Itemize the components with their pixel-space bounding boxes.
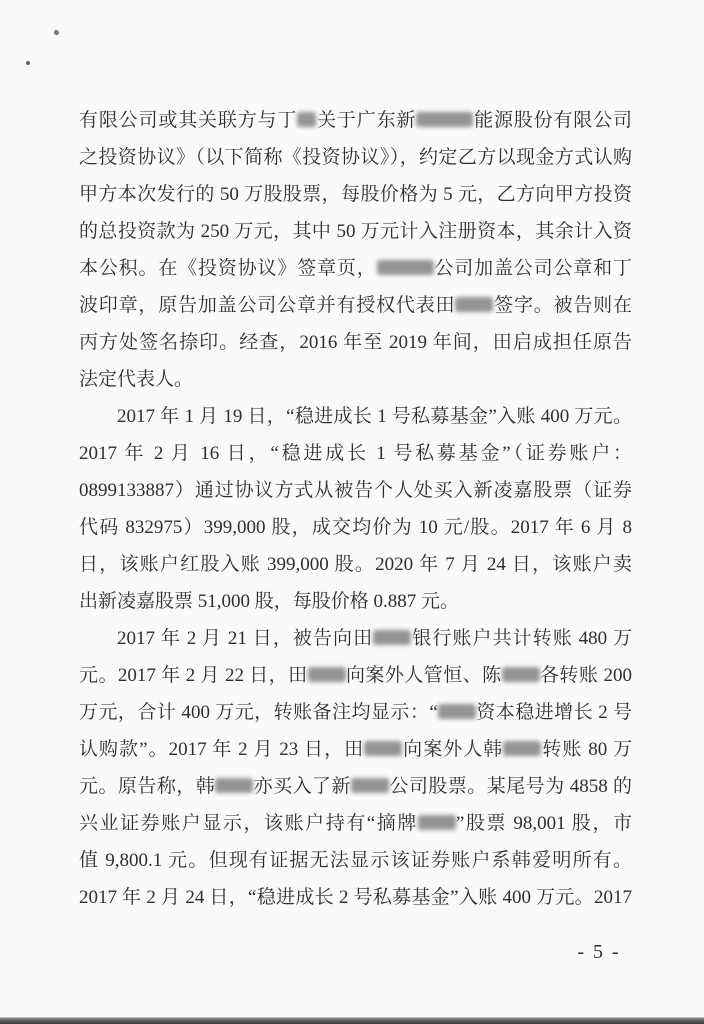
text-segment: ”股票 98,001 股，市 — [456, 813, 632, 834]
text-segment: 元。2017 年 2 月 22 日，田 — [79, 665, 308, 686]
text-segment: 法定代表人。 — [79, 369, 193, 390]
text-segment: 万元，合计 400 万元，转账备注均显示：“ — [79, 702, 438, 723]
document-line: 之投资协议》（以下简称《投资协议》），约定乙方以现金方式认购 — [79, 139, 632, 176]
paragraph-2: 2017 年 1 月 19 日，“稳进成长 1 号私募基金”入账 400 万元。… — [79, 398, 632, 620]
redaction-blur — [308, 667, 346, 682]
document-line: 元。原告称，韩亦买入了新公司股票。某尾号为 4858 的 — [79, 768, 632, 805]
redaction-blur — [351, 778, 389, 793]
paragraph-1: 有限公司或其关联方与丁关于广东新能源股份有限公司之投资协议》（以下简称《投资协议… — [79, 102, 632, 398]
text-segment: 本公积。在《投资协议》签章页， — [79, 258, 377, 279]
text-segment: 波印章，原告加盖公司公章并有授权代表田 — [79, 295, 455, 316]
text-segment: 之投资协议》（以下简称《投资协议》），约定乙方以现金方式认购 — [79, 147, 632, 168]
document-line: 万元，合计 400 万元，转账备注均显示：“资本稳进增长 2 号 — [79, 694, 632, 731]
text-segment: 资本稳进增长 2 号 — [476, 702, 632, 723]
redaction-blur — [438, 704, 476, 719]
document-line: 的总投资款为 250 万元，其中 50 万元计入注册资本，其余计入资 — [79, 213, 632, 250]
scan-edge-shadow — [0, 1017, 704, 1024]
text-segment: 银行账户共计转账 480 万 — [411, 628, 632, 649]
document-line: 2017 年 1 月 19 日，“稳进成长 1 号私募基金”入账 400 万元。 — [79, 398, 632, 435]
text-segment: 转账 80 万 — [541, 739, 632, 760]
text-segment: 能源股份有限公司 — [473, 110, 632, 131]
scanned-page: 有限公司或其关联方与丁关于广东新能源股份有限公司之投资协议》（以下简称《投资协议… — [0, 0, 704, 1024]
document-text: 有限公司或其关联方与丁关于广东新能源股份有限公司之投资协议》（以下简称《投资协议… — [79, 102, 632, 916]
document-line: 出新凌嘉股票 51,000 股，每股价格 0.887 元。 — [79, 583, 632, 620]
redaction-blur — [215, 778, 253, 793]
text-segment: 2017 年 2 月 21 日，被告向田 — [117, 628, 373, 649]
scan-speck-icon — [53, 29, 59, 35]
document-line: 丙方处签名捺印。经查，2016 年至 2019 年间，田启成担任原告 — [79, 324, 632, 361]
redaction-blur — [377, 260, 434, 275]
text-segment: 兴业证券账户显示，该账户持有“摘牌 — [79, 813, 418, 834]
redaction-blur — [373, 630, 411, 645]
document-line: 本公积。在《投资协议》签章页，公司加盖公司公章和丁 — [79, 250, 632, 287]
text-segment: 丙方处签名捺印。经查，2016 年至 2019 年间，田启成担任原告 — [79, 332, 632, 353]
redaction-blur — [364, 741, 402, 756]
text-segment: 签字。被告则在 — [493, 295, 632, 316]
text-segment: 2017 年 2 月 24 日，“稳进成长 2 号私募基金”入账 400 万元。… — [79, 887, 632, 908]
document-line: 有限公司或其关联方与丁关于广东新能源股份有限公司 — [79, 102, 632, 139]
text-segment: 值 9,800.1 元。但现有证据无法显示该证券账户系韩爱明所有。 — [79, 850, 632, 871]
document-line: 日，该账户红股入账 399,000 股。2020 年 7 月 24 日，该账户卖 — [79, 546, 632, 583]
text-segment: 公司加盖公司公章和丁 — [434, 258, 632, 279]
document-line: 元。2017 年 2 月 22 日，田向案外人管恒、陈各转账 200 — [79, 657, 632, 694]
redaction-blur — [502, 667, 540, 682]
page-number: - 5 - — [566, 941, 632, 964]
text-segment: 亦买入了新 — [253, 776, 351, 797]
text-segment: 代码 832975）399,000 股，成交均价为 10 元/股。2017 年 … — [79, 517, 632, 538]
document-line: 2017 年 2 月 16 日，“稳进成长 1 号私募基金”（证券账户： — [79, 435, 632, 472]
text-segment: 日，该账户红股入账 399,000 股。2020 年 7 月 24 日，该账户卖 — [79, 554, 632, 575]
text-segment: 0899133887）通过协议方式从被告个人处买入新凌嘉股票（证券 — [79, 480, 632, 501]
document-line: 波印章，原告加盖公司公章并有授权代表田签字。被告则在 — [79, 287, 632, 324]
redaction-blur — [503, 741, 541, 756]
text-segment: 向案外人韩 — [402, 739, 503, 760]
document-line: 2017 年 2 月 21 日，被告向田银行账户共计转账 480 万 — [79, 620, 632, 657]
redaction-blur — [297, 112, 316, 127]
document-line: 认购款”。2017 年 2 月 23 日，田向案外人韩转账 80 万 — [79, 731, 632, 768]
text-segment: 认购款”。2017 年 2 月 23 日，田 — [79, 739, 364, 760]
text-segment: 关于广东新 — [316, 110, 416, 131]
text-segment: 元。原告称，韩 — [79, 776, 215, 797]
text-segment: 有限公司或其关联方与丁 — [79, 110, 297, 131]
redaction-blur — [418, 815, 456, 830]
text-segment: 出新凌嘉股票 51,000 股，每股价格 0.887 元。 — [79, 591, 459, 612]
document-line: 代码 832975）399,000 股，成交均价为 10 元/股。2017 年 … — [79, 509, 632, 546]
document-line: 值 9,800.1 元。但现有证据无法显示该证券账户系韩爱明所有。 — [79, 842, 632, 879]
text-segment: 向案外人管恒、陈 — [346, 665, 502, 686]
redaction-blur — [455, 297, 493, 312]
document-line: 0899133887）通过协议方式从被告个人处买入新凌嘉股票（证券 — [79, 472, 632, 509]
text-segment: 公司股票。某尾号为 4858 的 — [389, 776, 632, 797]
redaction-blur — [416, 112, 473, 127]
text-segment: 2017 年 1 月 19 日，“稳进成长 1 号私募基金”入账 400 万元。 — [117, 406, 632, 427]
paragraph-3: 2017 年 2 月 21 日，被告向田银行账户共计转账 480 万元。2017… — [79, 620, 632, 916]
document-line: 兴业证券账户显示，该账户持有“摘牌”股票 98,001 股，市 — [79, 805, 632, 842]
text-segment: 各转账 200 — [540, 665, 632, 686]
document-line: 甲方本次发行的 50 万股股票，每股价格为 5 元，乙方向甲方投资 — [79, 176, 632, 213]
document-line: 2017 年 2 月 24 日，“稳进成长 2 号私募基金”入账 400 万元。… — [79, 879, 632, 916]
document-line: 法定代表人。 — [79, 361, 632, 398]
text-segment: 甲方本次发行的 50 万股股票，每股价格为 5 元，乙方向甲方投资 — [79, 184, 632, 205]
text-segment: 2017 年 2 月 16 日，“稳进成长 1 号私募基金”（证券账户： — [79, 443, 632, 464]
text-segment: 的总投资款为 250 万元，其中 50 万元计入注册资本，其余计入资 — [79, 221, 632, 242]
scan-speck-icon — [26, 61, 30, 65]
